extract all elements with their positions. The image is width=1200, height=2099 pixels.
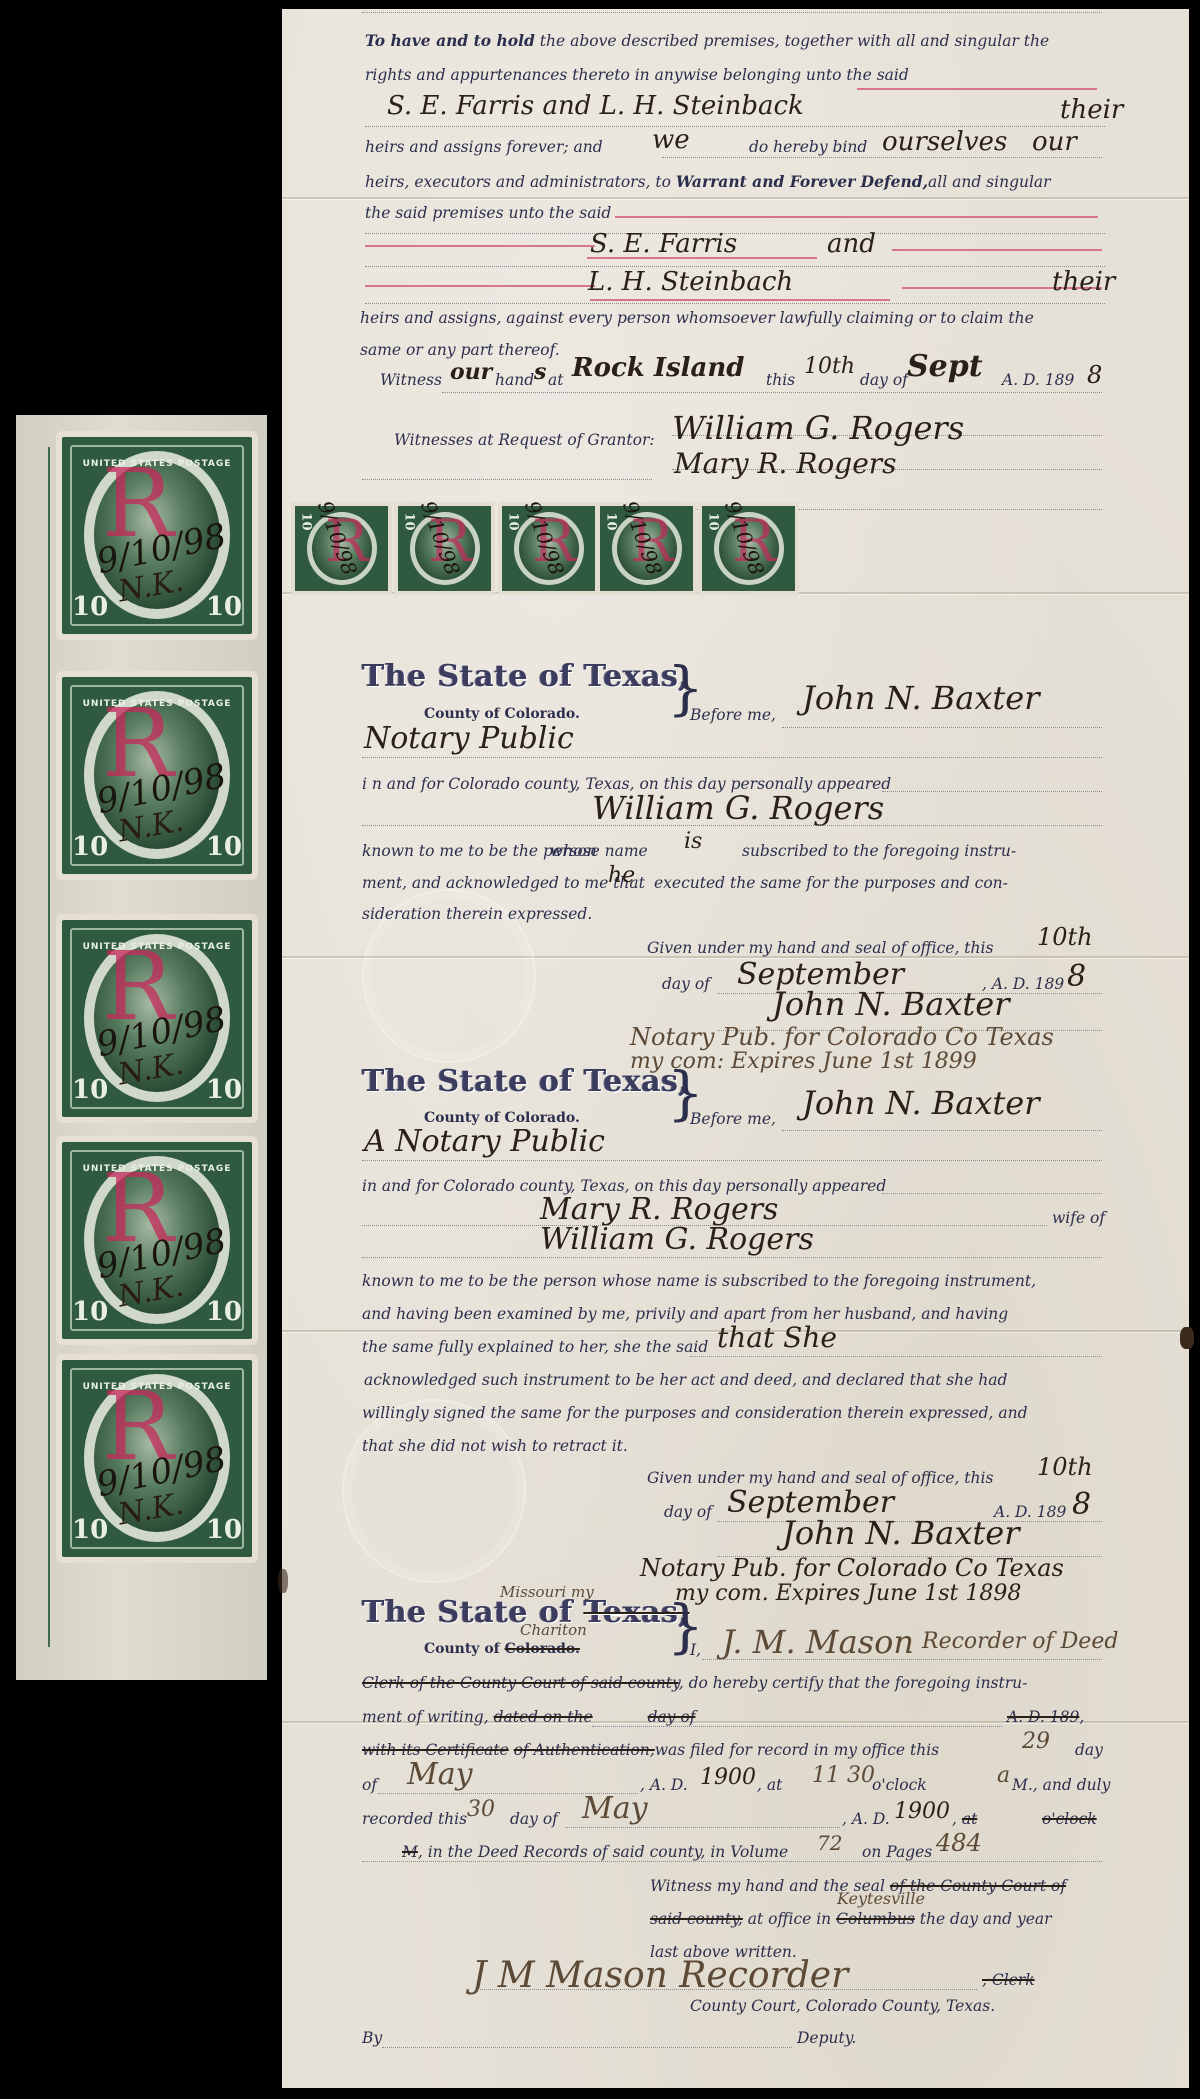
text: that she did not wish to retract it. <box>362 1437 628 1455</box>
red-rule <box>857 88 1097 90</box>
recorded-day-handwritten: 30 <box>467 1797 495 1822</box>
text: do hereby bind <box>749 138 867 156</box>
husband-name-handwritten: William G. Rogers <box>540 1222 814 1257</box>
ad-label: A. D. 189 <box>1002 371 1074 389</box>
stamp-denomination-right: 10 <box>206 1075 242 1105</box>
revenue-stamp-row-3: 10 R 9/10/98 <box>502 506 595 591</box>
on-pages-label: on Pages <box>862 1843 932 1861</box>
rule-line <box>362 12 1102 13</box>
stamp-denomination: 10 <box>402 512 417 530</box>
revenue-stamp-strip: UNITED STATES POSTAGE 10 10 R 9/10/98 N.… <box>16 415 267 1680</box>
pages-handwritten: 484 <box>936 1829 982 1857</box>
cert-line-2-end: A. D. 189, <box>1007 1708 1084 1726</box>
filed-month-handwritten: May <box>407 1757 473 1792</box>
given-day-handwritten: 10th <box>1037 1453 1093 1481</box>
deputy-label: Deputy. <box>797 2029 856 2047</box>
struck-text: Clerk of the County Court of said county <box>362 1674 679 1692</box>
year-handwritten: 8 <box>1087 361 1102 389</box>
of-label: of <box>362 1776 377 1794</box>
habendum-text: the above described premises, together w… <box>540 32 1049 50</box>
red-rule <box>365 285 595 287</box>
struck-text: day of <box>648 1708 696 1726</box>
struck-text: A. D. 189 <box>1007 1708 1079 1726</box>
text: willingly signed the same for the purpos… <box>362 1404 1028 1422</box>
and-handwritten: and <box>827 229 876 259</box>
rule-line <box>782 1130 1102 1131</box>
filed-day-handwritten: 29 <box>1022 1729 1050 1754</box>
recorder-name-handwritten: J. M. Mason <box>722 1623 914 1661</box>
deed-document: To have and to hold the above described … <box>282 9 1189 2088</box>
text: subscribed to the foregoing instru- <box>742 842 1016 860</box>
appearing-person-handwritten: William G. Rogers <box>592 789 884 827</box>
wife-of-label: wife of <box>1052 1209 1105 1227</box>
postage-stamp-3: UNITED STATES POSTAGE 10 10 R 9/10/98 N.… <box>62 920 252 1117</box>
county-struck: Colorado. <box>505 1641 580 1657</box>
stamp-denomination-right: 10 <box>206 1297 242 1327</box>
stamp-denomination: 10 <box>604 512 619 530</box>
state-of-texas-heading: The State of Texas, <box>362 1064 690 1099</box>
text: , in the Deed Records of said county, in… <box>418 1843 788 1861</box>
stamp-denomination-left: 10 <box>72 1515 108 1545</box>
habendum-line-4: heirs, executors and administrators, to … <box>365 172 1051 191</box>
stamp-denomination-right: 10 <box>206 832 242 862</box>
grantor-2-signature: Mary R. Rogers <box>674 447 897 480</box>
notary-title-handwritten: A Notary Public <box>364 1124 605 1159</box>
struck-text: at <box>962 1810 977 1828</box>
day-of-label: day of <box>664 1503 712 1521</box>
their-handwritten: their <box>1052 267 1115 297</box>
at-label: , at <box>757 1776 782 1794</box>
ink-stain <box>1180 1327 1194 1349</box>
revenue-stamp-row-1: 10 R 9/10/98 <box>295 506 388 591</box>
struck-text: dated on the <box>494 1708 593 1726</box>
notary-signature: John N. Baxter <box>772 985 1010 1023</box>
he-handwritten: he <box>608 863 635 888</box>
text: the day and year <box>920 1910 1052 1928</box>
rule-line <box>662 157 1102 158</box>
s-handwritten: s <box>534 359 546 385</box>
struck-text: of Authentication, <box>514 1741 655 1759</box>
day-of-label: day of <box>510 1810 558 1828</box>
habendum-line-2: rights and appurtenances thereto in anyw… <box>365 66 909 84</box>
stamp-denomination: 10 <box>506 512 521 530</box>
habendum-line-3: heirs and assigns forever; and <box>365 138 603 156</box>
struck-text: o'clock <box>1042 1810 1097 1828</box>
notary-title-handwritten: Notary Public <box>364 721 574 756</box>
county-of-label: County of <box>424 1641 500 1657</box>
cert-line-2: ment of writing, dated on the day of <box>362 1708 696 1726</box>
rule-line <box>362 757 1102 758</box>
red-rule <box>892 249 1102 251</box>
recorder-title-handwritten: Recorder of Deed <box>922 1629 1118 1654</box>
grantees-handwritten: S. E. Farris and L. H. Steinback <box>387 91 804 121</box>
before-me-label: Before me, <box>690 706 776 724</box>
ink-stain <box>278 1569 288 1593</box>
strip-border-rule <box>48 447 50 1647</box>
rule-line <box>690 1356 1102 1357</box>
and-duly-label: M., and duly <box>1012 1776 1110 1794</box>
volume-handwritten: 72 <box>817 1831 842 1855</box>
i-label: I, <box>690 1641 701 1659</box>
notary-title-signature: Notary Pub. for Colorado Co Texas <box>640 1554 1064 1582</box>
deputy-signature-line <box>382 2047 792 2048</box>
text: sideration therein expressed. <box>362 905 592 923</box>
grantor-1-signature: William G. Rogers <box>672 409 964 447</box>
this-label: this <box>766 371 795 389</box>
ampm-handwritten: a <box>997 1763 1010 1788</box>
ourselves-handwritten: ourselves <box>882 127 1007 157</box>
warrant-defend: Warrant and Forever Defend, <box>676 172 928 191</box>
is-handwritten: is <box>684 829 702 854</box>
stamp-denomination-left: 10 <box>72 1297 108 1327</box>
ad-label: , A. D. <box>842 1810 890 1828</box>
rule-line <box>362 1160 1102 1161</box>
recorded-year-handwritten: 1900 <box>894 1799 950 1824</box>
embossed-seal <box>342 1399 526 1583</box>
text: the same fully explained to her, she the… <box>362 1338 708 1356</box>
struck-text: M <box>402 1843 418 1861</box>
state-insert-handwritten: Missouri my <box>500 1583 594 1601</box>
cert-office-line: said county, at office in Columbus the d… <box>650 1910 1052 1928</box>
place-insert-handwritten: Keytesville <box>837 1889 925 1908</box>
habendum-line-5: the said premises unto the said <box>365 204 611 222</box>
we-handwritten: we <box>652 125 690 155</box>
text: ment, and acknowledged to me that <box>362 874 645 892</box>
postage-stamp-1: UNITED STATES POSTAGE 10 10 R 9/10/98 N.… <box>62 437 252 634</box>
text: acknowledged such instrument to be her a… <box>364 1371 1007 1389</box>
rule-line <box>882 1193 1102 1194</box>
rule-line <box>365 303 1105 304</box>
postage-stamp-5: UNITED STATES POSTAGE 10 10 R 9/10/98 N.… <box>62 1360 252 1557</box>
stamp-denomination-left: 10 <box>72 832 108 862</box>
given-day-handwritten: 10th <box>1037 923 1093 951</box>
notary-name-handwritten: John N. Baxter <box>802 1084 1040 1122</box>
filed-year-handwritten: 1900 <box>700 1765 756 1790</box>
rule-line <box>362 825 1102 826</box>
text: and having been examined by me, privily … <box>362 1305 1008 1323</box>
commission-expiry-handwritten: my com. Expires June 1st 1898 <box>675 1581 1021 1606</box>
struck-text: Columbus <box>836 1910 915 1928</box>
rule-line <box>592 1726 1002 1727</box>
place-handwritten: Rock Island <box>572 353 744 383</box>
county-line: County of Colorado. <box>424 1641 580 1657</box>
habendum-line-7: same or any part thereof. <box>360 341 560 359</box>
county-label: County of Colorado. <box>424 706 580 722</box>
hand-label: hand <box>495 371 534 389</box>
rule-line <box>442 392 1102 393</box>
day-handwritten: 10th <box>804 354 855 379</box>
before-me-label: Before me, <box>690 1110 776 1128</box>
given-under-hand: Given under my hand and seal of office, … <box>647 939 993 957</box>
by-label: By <box>362 2029 382 2047</box>
fold-crease <box>282 592 1189 594</box>
year-handwritten: 8 <box>1072 1487 1091 1522</box>
red-rule <box>590 299 890 301</box>
revenue-stamp-row-2: 10 R 9/10/98 <box>398 506 491 591</box>
struck-text: , Clerk <box>982 1971 1035 1989</box>
text: whose name <box>550 842 648 860</box>
witness-label: Witness <box>380 371 442 389</box>
notary-name-handwritten: John N. Baxter <box>802 679 1040 717</box>
cert-deed-records: M, in the Deed Records of said county, i… <box>402 1843 788 1861</box>
filed-time-handwritten: 11 30 <box>812 1763 875 1788</box>
text: executed the same for the purposes and c… <box>654 874 1008 892</box>
habendum-line-1: To have and to hold the above described … <box>365 31 1049 50</box>
said-handwritten: that She <box>717 1321 837 1354</box>
clerk-struck: , Clerk <box>982 1971 1035 1989</box>
day-of-label: day of <box>860 371 908 389</box>
oclock-label: o'clock <box>872 1776 927 1794</box>
struck-oclock: o'clock <box>1042 1810 1097 1828</box>
stamp-denomination: 10 <box>706 512 721 530</box>
revenue-stamp-row-5: 10 R 9/10/98 <box>702 506 795 591</box>
grantee-1-handwritten: S. E. Farris <box>590 229 737 259</box>
cert-line-1: Clerk of the County Court of said county… <box>362 1674 1027 1692</box>
rule-line <box>362 479 652 480</box>
text: all and singular <box>928 173 1051 191</box>
recorded-this-label: recorded this <box>362 1810 467 1828</box>
revenue-stamp-row-4: 10 R 9/10/98 <box>600 506 693 591</box>
notary-signature: John N. Baxter <box>782 1514 1020 1552</box>
witnesses-request-label: Witnesses at Request of Grantor: <box>394 431 655 449</box>
year-handwritten: 8 <box>1067 959 1086 994</box>
recorded-month-handwritten: May <box>582 1791 648 1826</box>
rule-line <box>702 1659 1102 1660</box>
at-label: at <box>548 371 563 389</box>
state-of-texas-heading: The State of Texas, <box>362 659 690 694</box>
month-handwritten: Sept <box>907 349 983 384</box>
stamp-denomination-right: 10 <box>206 592 242 622</box>
rule-line <box>882 791 1102 792</box>
habendum-lead: To have and to hold <box>365 31 535 50</box>
text: known to me to be the person whose name … <box>362 1272 1036 1290</box>
stamp-denomination: 10 <box>299 512 314 530</box>
text: , do hereby certify that the foregoing i… <box>679 1674 1028 1692</box>
text: was filed for record in my office this <box>655 1741 939 1759</box>
court-line: County Court, Colorado County, Texas. <box>690 1997 995 2015</box>
text: ment of writing, <box>362 1708 489 1726</box>
red-rule <box>615 216 1098 218</box>
day-of-label: day of <box>662 975 710 993</box>
grantee-2-handwritten: L. H. Steinbach <box>588 267 793 297</box>
notary-title-signature: Notary Pub. for Colorado Co Texas <box>630 1023 1054 1051</box>
red-rule <box>365 245 595 247</box>
our-handwritten: our <box>450 359 492 385</box>
day-label: day <box>1075 1741 1103 1759</box>
rule-line <box>565 1827 840 1828</box>
struck-text: said county, <box>650 1910 743 1928</box>
habendum-line-6: heirs and assigns, against every person … <box>360 309 1034 327</box>
postage-stamp-2: UNITED STATES POSTAGE 10 10 R 9/10/98 N.… <box>62 677 252 874</box>
our-handwritten: our <box>1032 127 1077 157</box>
postage-stamp-4: UNITED STATES POSTAGE 10 10 R 9/10/98 N.… <box>62 1142 252 1339</box>
county-insert-handwritten: Chariton <box>520 1621 587 1639</box>
rule-line <box>477 1989 977 1990</box>
stamp-denomination-left: 10 <box>72 592 108 622</box>
red-rule <box>587 257 817 259</box>
text: heirs and assigns forever; and <box>365 138 603 156</box>
rule-line <box>362 1861 1102 1862</box>
text: heirs, executors and administrators, to <box>365 173 671 191</box>
stamp-denomination-left: 10 <box>72 1075 108 1105</box>
fold-crease <box>282 197 1189 199</box>
rule-line <box>362 1257 1102 1258</box>
stamp-denomination-right: 10 <box>206 1515 242 1545</box>
their-handwritten: their <box>1060 95 1123 125</box>
rule-line <box>782 727 1102 728</box>
text: at office in <box>748 1910 831 1928</box>
struck-at: , at <box>952 1810 977 1828</box>
